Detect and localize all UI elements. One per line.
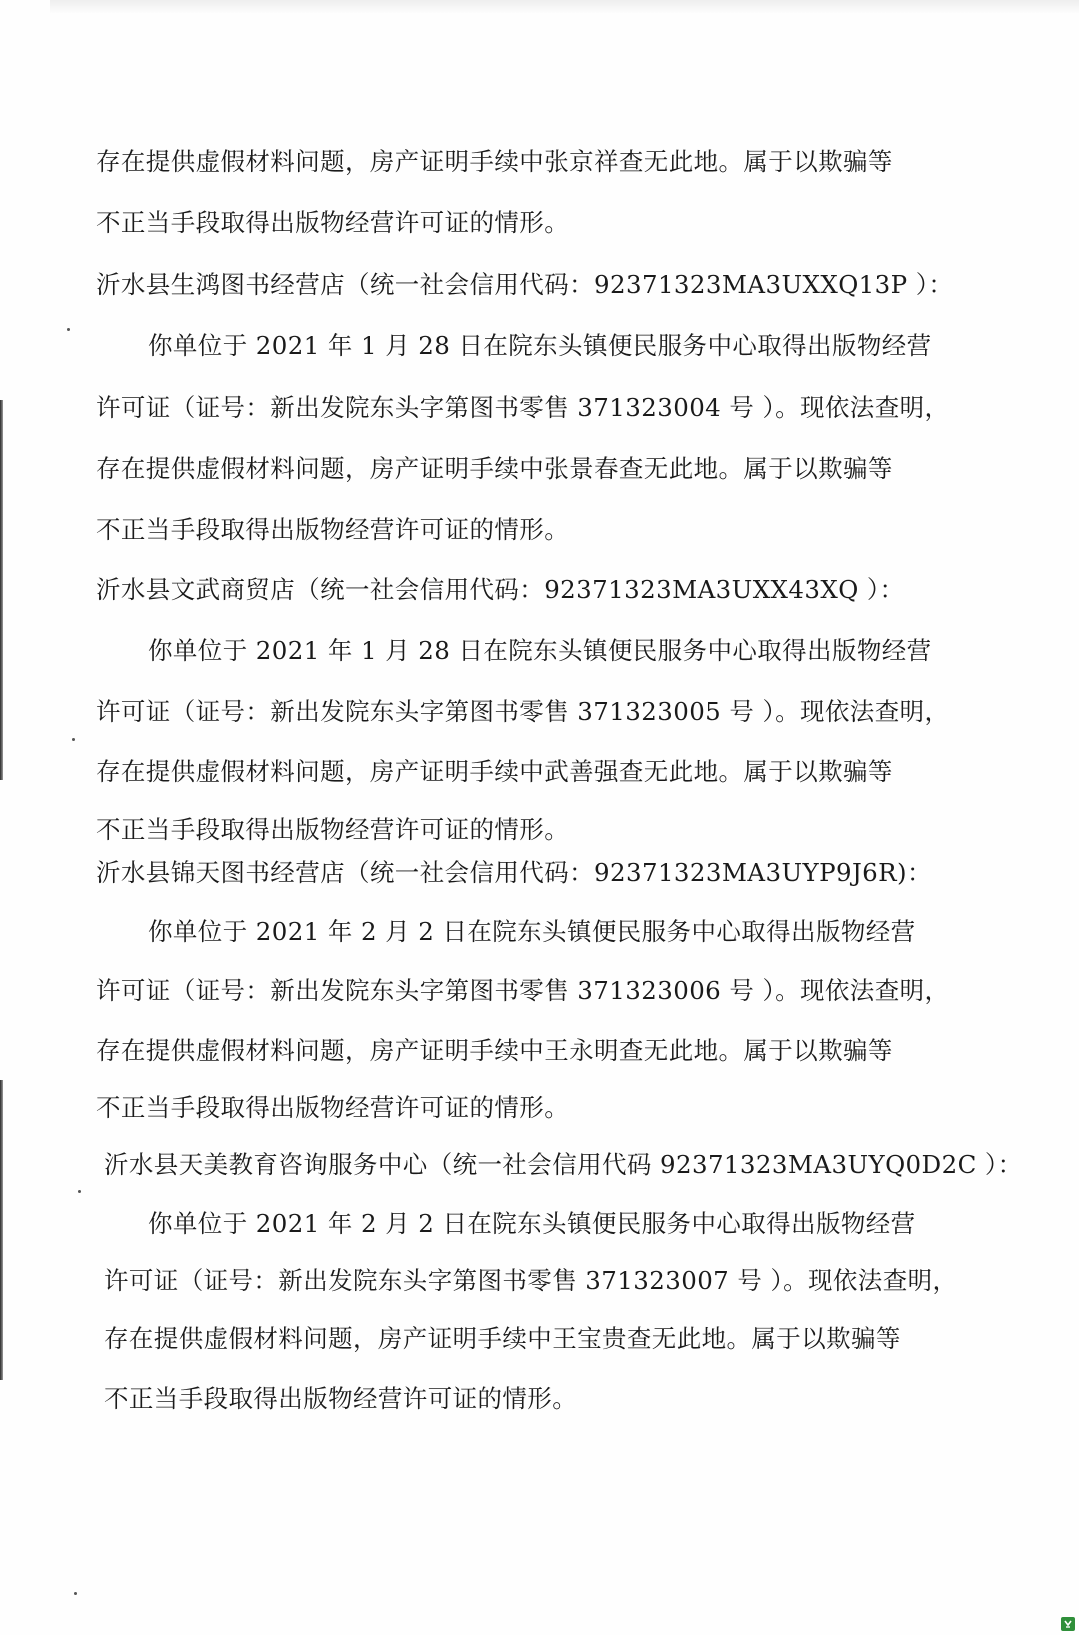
entity-header-jintian: 沂水县锦天图书经营店（统一社会信用代码：92371323MA3UYP9J6R)： <box>96 858 932 888</box>
body-line: 许可证（证号：新出发院东头字第图书零售 371323005 号 ）。现依法查明， <box>96 697 949 727</box>
scan-speck <box>72 738 75 741</box>
body-line: 存在提供虚假材料问题，房产证明手续中王宝贵查无此地。属于以欺骗等 <box>104 1324 901 1354</box>
body-line: 存在提供虚假材料问题，房产证明手续中张景春查无此地。属于以欺骗等 <box>96 454 893 484</box>
entity-header-wenwu: 沂水县文武商贸店（统一社会信用代码：92371323MA3UXX43XQ ）： <box>96 575 904 605</box>
entity-header-shenghong: 沂水县生鸿图书经营店（统一社会信用代码：92371323MA3UXXQ13P ）… <box>96 270 953 300</box>
body-line: 不正当手段取得出版物经营许可证的情形。 <box>96 815 569 845</box>
body-line: 许可证（证号：新出发院东头字第图书零售 371323004 号 ）。现依法查明， <box>96 393 949 423</box>
scanned-document-page: 存在提供虚假材料问题，房产证明手续中张京祥查无此地。属于以欺骗等 不正当手段取得… <box>0 0 1079 1635</box>
body-line: 存在提供虚假材料问题，房产证明手续中王永明查无此地。属于以欺骗等 <box>96 1036 893 1066</box>
check-shield-icon[interactable] <box>1061 1617 1075 1631</box>
paragraph-start: 你单位于 2021 年 2 月 2 日在院东头镇便民服务中心取得出版物经营 <box>148 1209 916 1239</box>
body-line: 许可证（证号：新出发院东头字第图书零售 371323006 号 ）。现依法查明， <box>96 976 949 1006</box>
body-line: 不正当手段取得出版物经营许可证的情形。 <box>96 515 569 545</box>
body-line: 不正当手段取得出版物经营许可证的情形。 <box>96 208 569 238</box>
paragraph-start: 你单位于 2021 年 2 月 2 日在院东头镇便民服务中心取得出版物经营 <box>148 917 916 947</box>
body-line: 存在提供虚假材料问题，房产证明手续中武善强查无此地。属于以欺骗等 <box>96 757 893 787</box>
paragraph-start: 你单位于 2021 年 1 月 28 日在院东头镇便民服务中心取得出版物经营 <box>148 636 932 666</box>
paragraph-start: 你单位于 2021 年 1 月 28 日在院东头镇便民服务中心取得出版物经营 <box>148 331 932 361</box>
body-line: 存在提供虚假材料问题，房产证明手续中张京祥查无此地。属于以欺骗等 <box>96 147 893 177</box>
scan-top-shadow <box>50 0 1079 14</box>
body-line: 许可证（证号：新出发院东头字第图书零售 371323007 号 ）。现依法查明， <box>104 1266 957 1296</box>
scan-left-edge-mark <box>0 1080 3 1380</box>
scan-speck <box>78 1190 81 1193</box>
scan-speck <box>74 1592 77 1595</box>
body-line: 不正当手段取得出版物经营许可证的情形。 <box>96 1093 569 1123</box>
scan-left-edge-mark <box>0 400 3 780</box>
scan-speck <box>67 328 70 331</box>
body-line: 不正当手段取得出版物经营许可证的情形。 <box>104 1384 577 1414</box>
entity-header-tianmei: 沂水县天美教育咨询服务中心（统一社会信用代码 92371323MA3UYQ0D2… <box>104 1150 1022 1180</box>
